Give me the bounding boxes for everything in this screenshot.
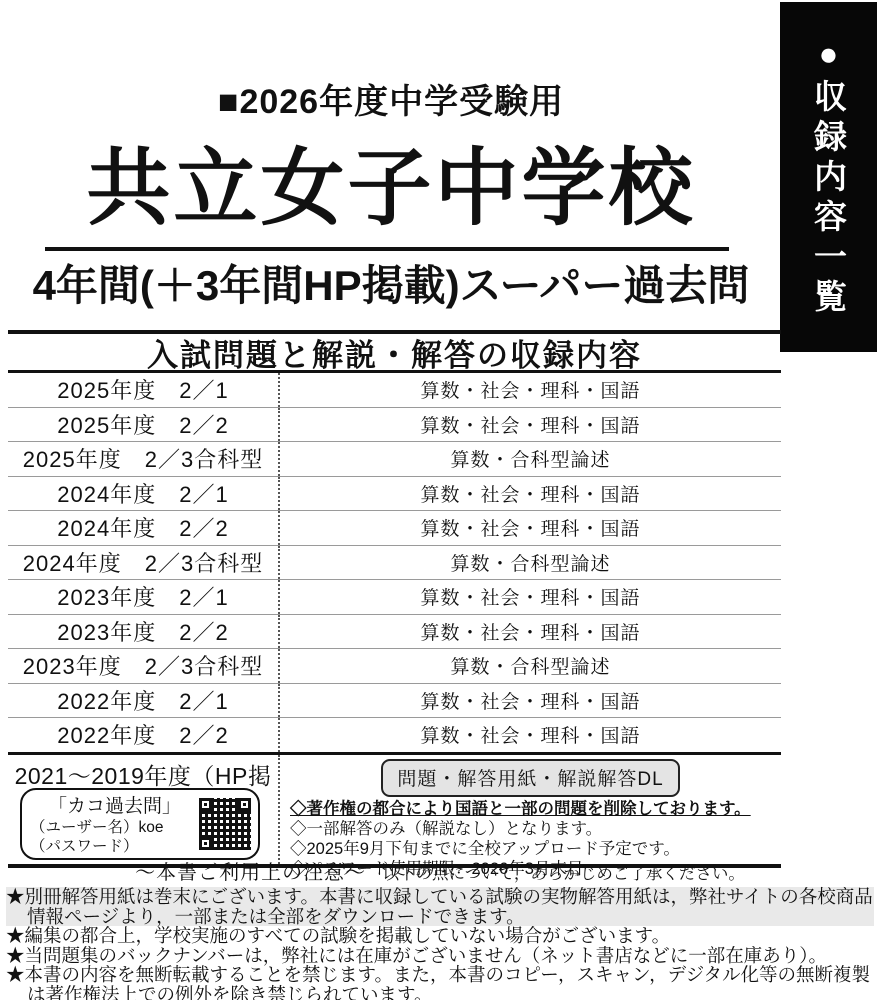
subjects-label: 算数・合科型論述 [280, 442, 781, 476]
exam-label: 2023年度 2／2 [8, 615, 280, 649]
exam-label: 2025年度 2／3合科型 [8, 442, 280, 476]
usage-heading-title: 〜本書ご利用上の注意〜 [135, 862, 366, 884]
table-row: 2022年度 2／1 算数・社会・理科・国語 [8, 683, 781, 718]
usage-heading: 〜本書ご利用上の注意〜 以下の点について，あらかじめご了承ください。 [6, 863, 874, 883]
subjects-label: 算数・社会・理科・国語 [280, 477, 781, 511]
subjects-label: 算数・社会・理科・国語 [280, 580, 781, 614]
subjects-label: 算数・合科型論述 [280, 546, 781, 580]
usage-items: ★別冊解答用紙は巻末にございます。本書に収録している試験の実物解答用紙は，弊社サ… [6, 887, 874, 1000]
subjects-label: 算数・社会・理科・国語 [280, 408, 781, 442]
exam-label: 2025年度 2／2 [8, 408, 280, 442]
exam-label: 2024年度 2／3合科型 [8, 546, 280, 580]
table-rows: 2025年度 2／1 算数・社会・理科・国語 2025年度 2／2 算数・社会・… [8, 373, 781, 752]
subjects-label: 算数・社会・理科・国語 [280, 615, 781, 649]
title-divider [45, 247, 729, 251]
kako-username: （ユーザー名）koe [30, 818, 199, 837]
qr-finder-icon [199, 798, 212, 811]
download-badge: 問題・解答用紙・解説解答DL [381, 759, 679, 797]
kako-kakomon-box: 「カコ過去問」 （ユーザー名）koe （パスワード） [20, 788, 260, 860]
hp-right-cell: 問題・解答用紙・解説解答DL ◇著作権の都合により国語と一部の問題を削除しており… [280, 755, 781, 864]
table-row: 2024年度 2／1 算数・社会・理科・国語 [8, 476, 781, 511]
kako-credentials: 「カコ過去問」 （ユーザー名）koe （パスワード） [22, 791, 199, 857]
exam-label: 2024年度 2／1 [8, 477, 280, 511]
table-row: 2025年度 2／2 算数・社会・理科・国語 [8, 407, 781, 442]
download-note: ◇一部解答のみ（解説なし）となります。 [290, 819, 781, 839]
usage-item: ★編集の都合上，学校実施のすべての試験を掲載していない場合がございます。 [6, 926, 874, 946]
table-row: 2023年度 2／3合科型 算数・合科型論述 [8, 648, 781, 683]
exam-label: 2023年度 2／3合科型 [8, 649, 280, 683]
book-contents-page: ■2026年度中学受験用 共立女子中学校 4年間(＋3年間HP掲載)スーパー過去… [0, 0, 882, 1000]
kako-password: （パスワード） [30, 837, 199, 856]
download-note: ◇著作権の都合により国語と一部の問題を削除しております。 [290, 799, 781, 819]
exam-label: 2025年度 2／1 [8, 373, 280, 407]
qr-finder-icon [238, 798, 251, 811]
usage-item: ★別冊解答用紙は巻末にございます。本書に収録している試験の実物解答用紙は，弊社サ… [6, 887, 874, 926]
usage-notes-section: 〜本書ご利用上の注意〜 以下の点について，あらかじめご了承ください。 ★別冊解答… [6, 861, 874, 1000]
subjects-label: 算数・社会・理科・国語 [280, 718, 781, 752]
side-tab-label: ●収録内容一覧 [812, 35, 845, 319]
hp-left-cell: 2021〜2019年度（HP掲載） 「カコ過去問」 （ユーザー名）koe （パス… [8, 755, 280, 864]
side-tab: ●収録内容一覧 [780, 2, 877, 352]
exam-label: 2024年度 2／2 [8, 511, 280, 545]
usage-item: ★本書の内容を無断転載することを禁じます。また，本書のコピー，スキャン，デジタル… [6, 965, 874, 1000]
table-row: 2023年度 2／1 算数・社会・理科・国語 [8, 579, 781, 614]
subjects-label: 算数・社会・理科・国語 [280, 684, 781, 718]
exam-label: 2023年度 2／1 [8, 580, 280, 614]
download-note: ◇2025年9月下旬までに全校アップロード予定です。 [290, 839, 781, 859]
qr-finder-icon [199, 837, 212, 850]
contents-table: 入試問題と解説・解答の収録内容 2025年度 2／1 算数・社会・理科・国語 2… [8, 330, 781, 868]
exam-label: 2022年度 2／1 [8, 684, 280, 718]
usage-heading-sub: 以下の点について，あらかじめご了承ください。 [383, 865, 745, 883]
table-title: 入試問題と解説・解答の収録内容 [8, 330, 781, 373]
usage-item: ★当問題集のバックナンバーは，弊社には在庫がございません（ネット書店などに一部在… [6, 946, 874, 966]
table-row: 2022年度 2／2 算数・社会・理科・国語 [8, 717, 781, 752]
school-name-title: 共立女子中学校 [0, 146, 782, 230]
subtitle: 4年間(＋3年間HP掲載)スーパー過去問 [0, 262, 782, 310]
table-row: 2023年度 2／2 算数・社会・理科・国語 [8, 614, 781, 649]
qr-code-icon [199, 798, 251, 850]
table-row: 2024年度 2／3合科型 算数・合科型論述 [8, 545, 781, 580]
table-row: 2025年度 2／3合科型 算数・合科型論述 [8, 441, 781, 476]
table-row: 2024年度 2／2 算数・社会・理科・国語 [8, 510, 781, 545]
hp-download-section: 2021〜2019年度（HP掲載） 「カコ過去問」 （ユーザー名）koe （パス… [8, 752, 781, 868]
edition-header: ■2026年度中学受験用 [0, 74, 782, 123]
exam-label: 2022年度 2／2 [8, 718, 280, 752]
subjects-label: 算数・合科型論述 [280, 649, 781, 683]
kako-title: 「カコ過去問」 [30, 791, 199, 818]
table-row: 2025年度 2／1 算数・社会・理科・国語 [8, 373, 781, 407]
subjects-label: 算数・社会・理科・国語 [280, 373, 781, 407]
subjects-label: 算数・社会・理科・国語 [280, 511, 781, 545]
